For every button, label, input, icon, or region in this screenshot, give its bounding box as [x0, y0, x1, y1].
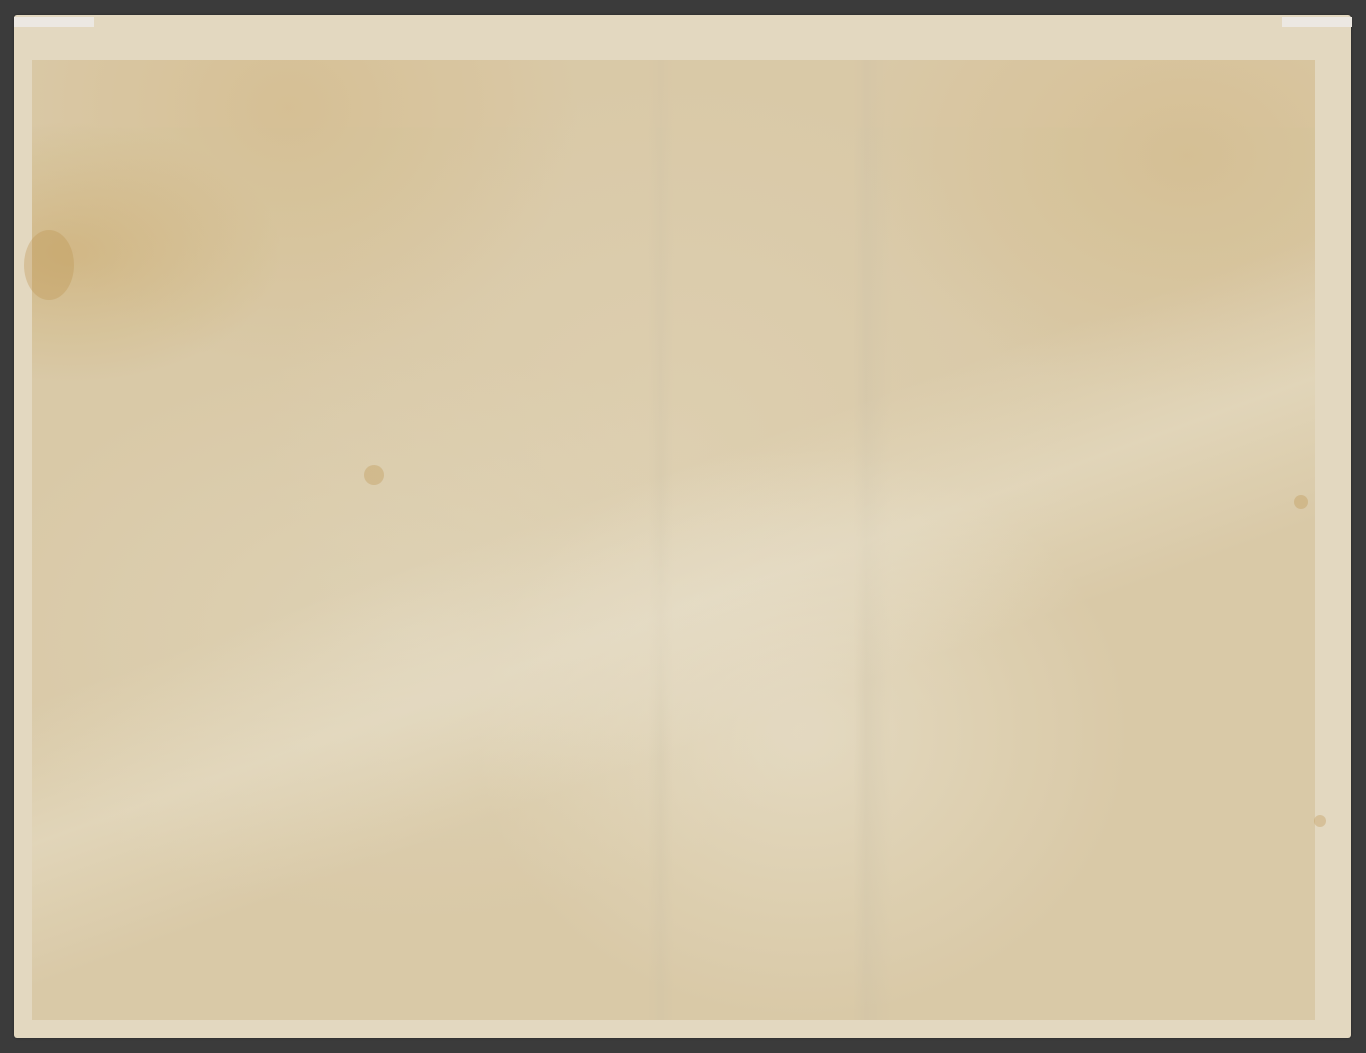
stain: [24, 230, 74, 300]
aged-paper-sheet: [14, 15, 1351, 1038]
stain: [364, 465, 384, 485]
tape-strip: [1282, 17, 1352, 27]
tape-strip: [14, 17, 94, 27]
plate-mark-area: [32, 60, 1315, 1020]
stain: [1314, 815, 1326, 827]
stain: [1294, 495, 1308, 509]
